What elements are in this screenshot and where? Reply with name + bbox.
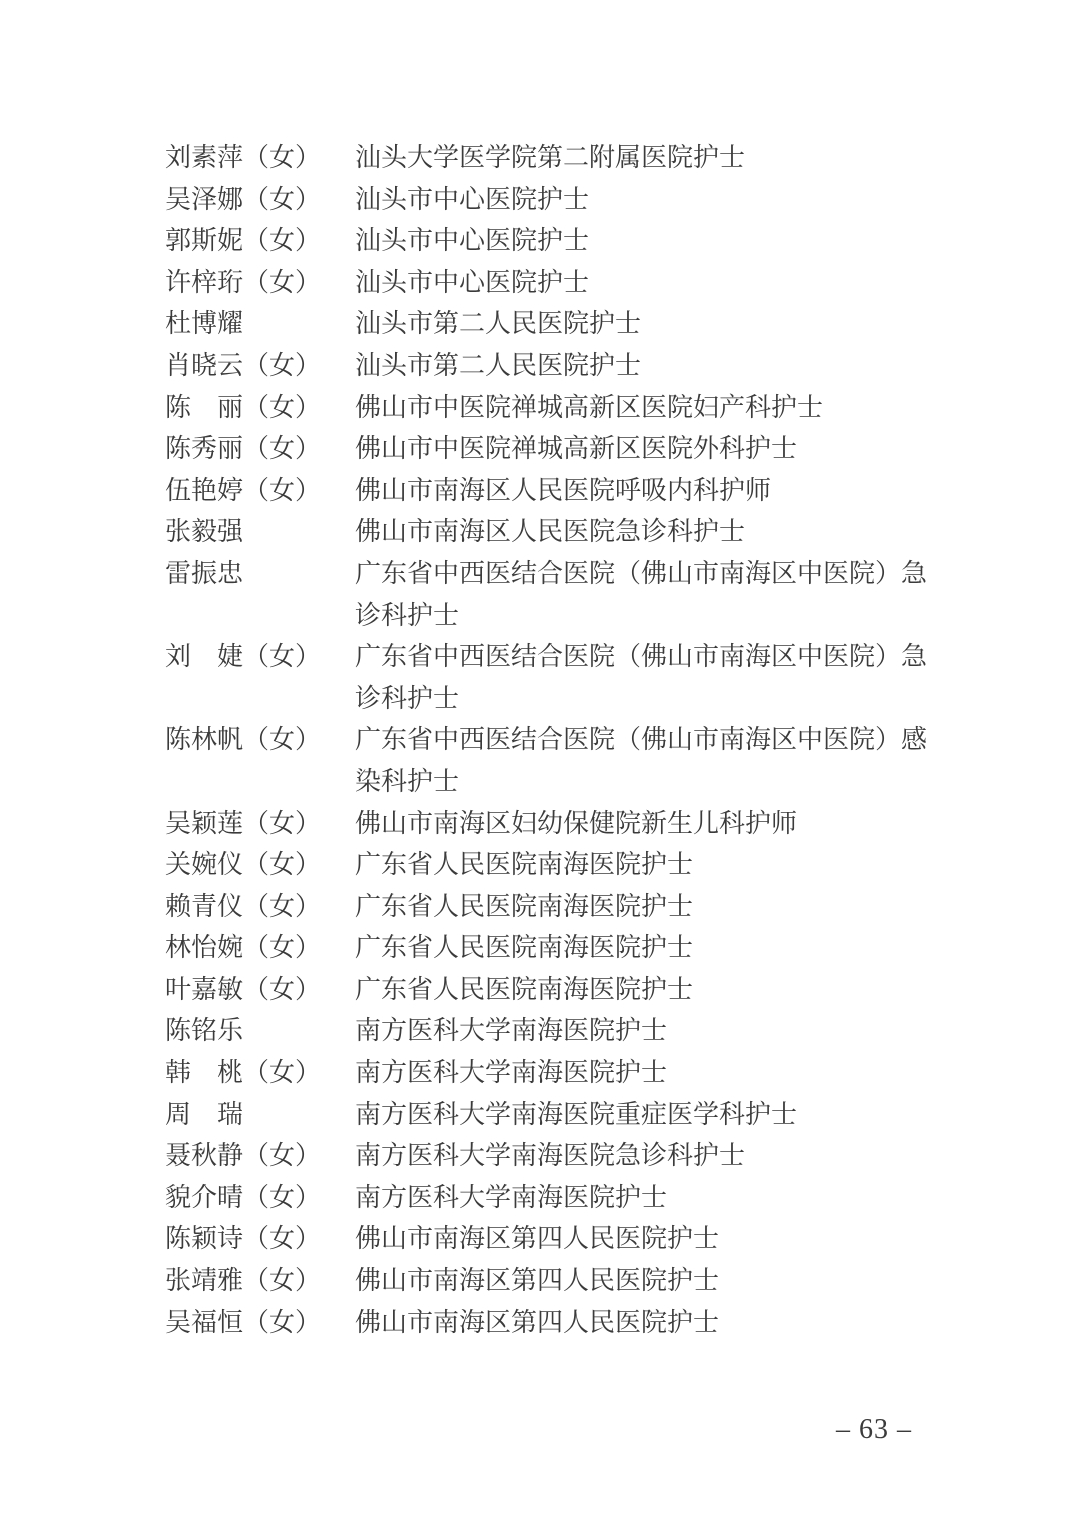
- person-name: 赖青仪（女）: [165, 886, 355, 928]
- person-name: 韩 桃（女）: [165, 1052, 355, 1094]
- affiliation: 广东省中西医结合医院（佛山市南海区中医院）急诊科护士: [355, 553, 932, 636]
- person-name: 许梓珩（女）: [165, 262, 355, 304]
- person-name: 陈铭乐: [165, 1010, 355, 1052]
- person-name: 陈 丽（女）: [165, 387, 355, 429]
- page-number: – 63 –: [836, 1412, 912, 1448]
- roster-row: 肖晓云（女） 汕头市第二人民医院护士: [165, 345, 937, 387]
- person-name: 杜博耀: [165, 303, 355, 345]
- affiliation: 汕头市第二人民医院护士: [355, 303, 932, 345]
- person-name: 周 瑞: [165, 1094, 355, 1136]
- affiliation: 广东省中西医结合医院（佛山市南海区中医院）急诊科护士: [355, 636, 932, 719]
- roster-row: 聂秋静（女） 南方医科大学南海医院急诊科护士: [165, 1135, 937, 1177]
- person-name: 肖晓云（女）: [165, 345, 355, 387]
- roster-row: 陈林帆（女） 广东省中西医结合医院（佛山市南海区中医院）感染科护士: [165, 719, 937, 802]
- affiliation: 广东省人民医院南海医院护士: [355, 969, 932, 1011]
- document-page: 刘素萍（女） 汕头大学医学院第二附属医院护士 吴泽娜（女） 汕头市中心医院护士 …: [0, 0, 1080, 1527]
- affiliation: 南方医科大学南海医院急诊科护士: [355, 1135, 932, 1177]
- affiliation: 南方医科大学南海医院重症医学科护士: [355, 1094, 932, 1136]
- person-name: 张靖雅（女）: [165, 1260, 355, 1302]
- affiliation: 汕头市中心医院护士: [355, 179, 932, 221]
- person-name: 伍艳婷（女）: [165, 470, 355, 512]
- roster-row: 林怡婉（女） 广东省人民医院南海医院护士: [165, 927, 937, 969]
- person-name: 郭斯妮（女）: [165, 220, 355, 262]
- affiliation: 佛山市南海区人民医院急诊科护士: [355, 511, 932, 553]
- affiliation: 汕头大学医学院第二附属医院护士: [355, 137, 932, 179]
- roster-row: 吴颖莲（女） 佛山市南海区妇幼保健院新生儿科护师: [165, 803, 937, 845]
- roster-row: 陈颖诗（女） 佛山市南海区第四人民医院护士: [165, 1218, 937, 1260]
- affiliation: 广东省人民医院南海医院护士: [355, 844, 932, 886]
- affiliation: 佛山市南海区妇幼保健院新生儿科护师: [355, 803, 932, 845]
- roster-row: 叶嘉敏（女） 广东省人民医院南海医院护士: [165, 969, 937, 1011]
- affiliation: 广东省人民医院南海医院护士: [355, 886, 932, 928]
- affiliation: 佛山市中医院禅城高新区医院外科护士: [355, 428, 932, 470]
- affiliation: 南方医科大学南海医院护士: [355, 1177, 932, 1219]
- person-name: 貌介晴（女）: [165, 1177, 355, 1219]
- roster-row: 貌介晴（女） 南方医科大学南海医院护士: [165, 1177, 937, 1219]
- roster-row: 刘 婕（女） 广东省中西医结合医院（佛山市南海区中医院）急诊科护士: [165, 636, 937, 719]
- person-name: 雷振忠: [165, 553, 355, 595]
- affiliation: 南方医科大学南海医院护士: [355, 1010, 932, 1052]
- roster-row: 吴福恒（女） 佛山市南海区第四人民医院护士: [165, 1302, 937, 1344]
- person-name: 刘素萍（女）: [165, 137, 355, 179]
- roster-row: 陈 丽（女） 佛山市中医院禅城高新区医院妇产科护士: [165, 387, 937, 429]
- roster-row: 郭斯妮（女） 汕头市中心医院护士: [165, 220, 937, 262]
- person-name: 吴福恒（女）: [165, 1302, 355, 1344]
- roster-row: 刘素萍（女） 汕头大学医学院第二附属医院护士: [165, 137, 937, 179]
- person-name: 聂秋静（女）: [165, 1135, 355, 1177]
- roster-row: 吴泽娜（女） 汕头市中心医院护士: [165, 179, 937, 221]
- roster-row: 陈铭乐 南方医科大学南海医院护士: [165, 1010, 937, 1052]
- roster-row: 杜博耀 汕头市第二人民医院护士: [165, 303, 937, 345]
- affiliation: 佛山市南海区第四人民医院护士: [355, 1218, 932, 1260]
- person-name: 吴颖莲（女）: [165, 803, 355, 845]
- affiliation: 广东省人民医院南海医院护士: [355, 927, 932, 969]
- roster-row: 雷振忠 广东省中西医结合医院（佛山市南海区中医院）急诊科护士: [165, 553, 937, 636]
- roster-row: 周 瑞 南方医科大学南海医院重症医学科护士: [165, 1094, 937, 1136]
- person-name: 关婉仪（女）: [165, 844, 355, 886]
- affiliation: 佛山市南海区第四人民医院护士: [355, 1302, 932, 1344]
- roster-row: 许梓珩（女） 汕头市中心医院护士: [165, 262, 937, 304]
- affiliation: 佛山市南海区第四人民医院护士: [355, 1260, 932, 1302]
- person-name: 吴泽娜（女）: [165, 179, 355, 221]
- roster-row: 陈秀丽（女） 佛山市中医院禅城高新区医院外科护士: [165, 428, 937, 470]
- affiliation: 汕头市第二人民医院护士: [355, 345, 932, 387]
- person-name: 林怡婉（女）: [165, 927, 355, 969]
- roster-list: 刘素萍（女） 汕头大学医学院第二附属医院护士 吴泽娜（女） 汕头市中心医院护士 …: [165, 137, 937, 1343]
- roster-row: 伍艳婷（女） 佛山市南海区人民医院呼吸内科护师: [165, 470, 937, 512]
- roster-row: 张靖雅（女） 佛山市南海区第四人民医院护士: [165, 1260, 937, 1302]
- affiliation: 佛山市中医院禅城高新区医院妇产科护士: [355, 387, 932, 429]
- person-name: 陈林帆（女）: [165, 719, 355, 761]
- affiliation: 汕头市中心医院护士: [355, 262, 932, 304]
- person-name: 陈秀丽（女）: [165, 428, 355, 470]
- person-name: 陈颖诗（女）: [165, 1218, 355, 1260]
- person-name: 刘 婕（女）: [165, 636, 355, 678]
- roster-row: 张毅强 佛山市南海区人民医院急诊科护士: [165, 511, 937, 553]
- roster-row: 关婉仪（女） 广东省人民医院南海医院护士: [165, 844, 937, 886]
- affiliation: 南方医科大学南海医院护士: [355, 1052, 932, 1094]
- roster-row: 赖青仪（女） 广东省人民医院南海医院护士: [165, 886, 937, 928]
- person-name: 张毅强: [165, 511, 355, 553]
- affiliation: 佛山市南海区人民医院呼吸内科护师: [355, 470, 932, 512]
- person-name: 叶嘉敏（女）: [165, 969, 355, 1011]
- roster-row: 韩 桃（女） 南方医科大学南海医院护士: [165, 1052, 937, 1094]
- affiliation: 汕头市中心医院护士: [355, 220, 932, 262]
- affiliation: 广东省中西医结合医院（佛山市南海区中医院）感染科护士: [355, 719, 932, 802]
